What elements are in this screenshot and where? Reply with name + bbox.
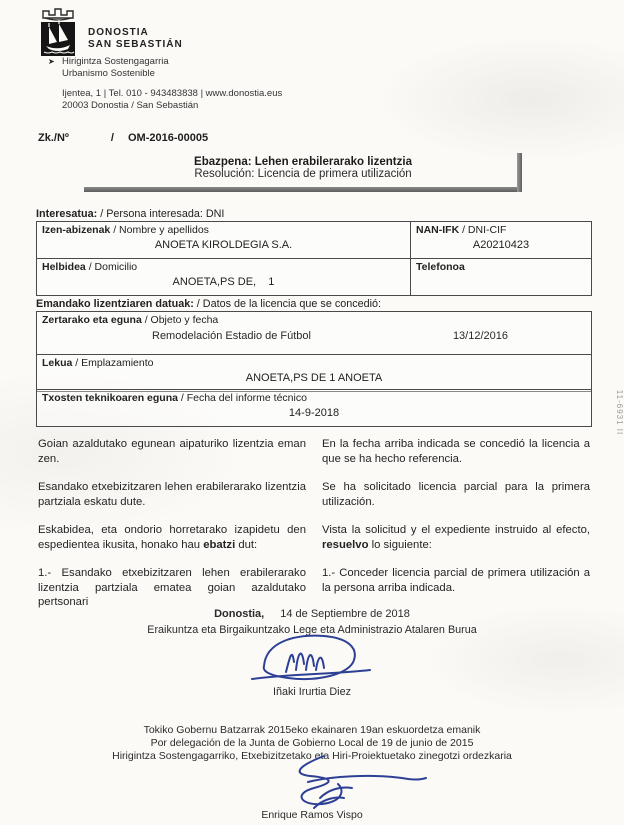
paragraph: Goian azaldutako egunean aipaturiko lize… [38,437,306,466]
city-crest-logo [40,6,80,63]
title-basque: Ebazpena: Lehen erabilerarako lizentzia [90,156,516,168]
address-cell: Helbidea / Domicilio ANOETA,PS DE, 1 [37,259,411,295]
address-value: ANOETA,PS DE, 1 [42,276,405,288]
signer1-name: Iñaki Irurtia Diez [0,686,624,698]
contact-block: Ijentea, 1 | Tel. 010 - 943483838 | www.… [62,88,282,111]
signature2-scribble-icon [262,752,432,817]
paragraph: Esandako etxebizitzaren lehen erabilerar… [38,480,306,509]
city-name-line2: SAN SEBASTIÁN [88,39,183,51]
section-label-interested: Interesatua: / Persona interesada: DNI [36,208,224,220]
phone-cell: Telefonoa [411,259,591,295]
report-date-value: 14-9-2018 [42,407,586,419]
delegation-line-es: Por delegación de la Junta de Gobierno L… [0,737,624,750]
signing-place-date: Donostia,14 de Septiembre de 2018 [0,608,624,620]
crown-ship-emblem-icon [40,6,80,58]
margin-document-code: 11-6931 II [615,390,624,435]
body-column-spanish: En la fecha arriba indicada se concedió … [322,437,590,624]
reference-number: Zk./Nº/OM-2016-00005 [38,132,208,144]
arrow-bullet-icon: ➤ [48,56,55,68]
id-cell: NAN-IFK / DNI-CIF A20210423 [411,222,591,259]
paragraph: 1.- Conceder licencia parcial de primera… [322,566,590,595]
body-column-basque: Goian azaldutako egunean aipaturiko lize… [38,437,306,624]
document-title-box: Ebazpena: Lehen erabilerarako lizentzia … [90,150,516,187]
report-date-cell: Txosten teknikoaren eguna / Fecha del in… [37,390,591,426]
city-name-line1: DONOSTIA [88,27,183,39]
paragraph: Eskabidea, eta ondorio horretarako izapi… [38,523,306,552]
object-cell: Zertarako eta eguna / Objeto y fecha Rem… [37,312,591,355]
object-value: Remodelación Estadio de Fútbol [152,330,311,342]
department-block: ➤ Hirigintza Sostengagarria Urbanismo So… [48,56,169,79]
reference-label: Zk./Nº [38,132,69,144]
signer2-name: Enrique Ramos Vispo [0,809,624,821]
reference-value: OM-2016-00005 [128,132,208,144]
delegation-line-eu: Tokiko Gobernu Batzarrak 2015eko ekainar… [0,724,624,737]
body-columns: Goian azaldutako egunean aipaturiko lize… [38,437,590,624]
department-name-es: Urbanismo Sostenible [62,68,169,80]
location-cell: Lekua / Emplazamiento ANOETA,PS DE 1 ANO… [37,355,591,391]
title-spanish: Resolución: Licencia de primera utilizac… [90,168,516,180]
scanned-document-page: DONOSTIA SAN SEBASTIÁN ➤ Hirigintza Sost… [0,0,624,825]
paragraph: Se ha solicitado licencia parcial para l… [322,480,590,509]
id-value: A20210423 [416,239,586,251]
signature1-scribble-icon [246,630,376,693]
object-date: 13/12/2016 [453,330,508,342]
name-cell: Izen-abizenak / Nombre y apellidos ANOET… [37,222,411,259]
city-name: DONOSTIA SAN SEBASTIÁN [88,27,183,51]
paragraph: Vista la solicitud y el expediente instr… [322,523,590,552]
paragraph: 1.- Esandako etxebizitzaren lehen erabil… [38,566,306,610]
name-value: ANOETA KIROLDEGIA S.A. [42,239,405,251]
paragraph: En la fecha arriba indicada se concedió … [322,437,590,466]
department-name-eu: Hirigintza Sostengagarria [62,56,169,68]
reference-separator: / [111,132,114,144]
location-value: ANOETA,PS DE 1 ANOETA [42,372,586,384]
contact-line: Ijentea, 1 | Tel. 010 - 943483838 | www.… [62,88,282,100]
section-label-licence: Emandako lizentziaren datuak: / Datos de… [36,298,381,310]
postal-line: 20003 Donostia / San Sebastián [62,100,282,112]
interested-party-table: Izen-abizenak / Nombre y apellidos ANOET… [36,221,592,296]
report-date-table: Txosten teknikoaren eguna / Fecha del in… [36,389,592,427]
licence-data-table: Zertarako eta eguna / Objeto y fecha Rem… [36,311,592,392]
